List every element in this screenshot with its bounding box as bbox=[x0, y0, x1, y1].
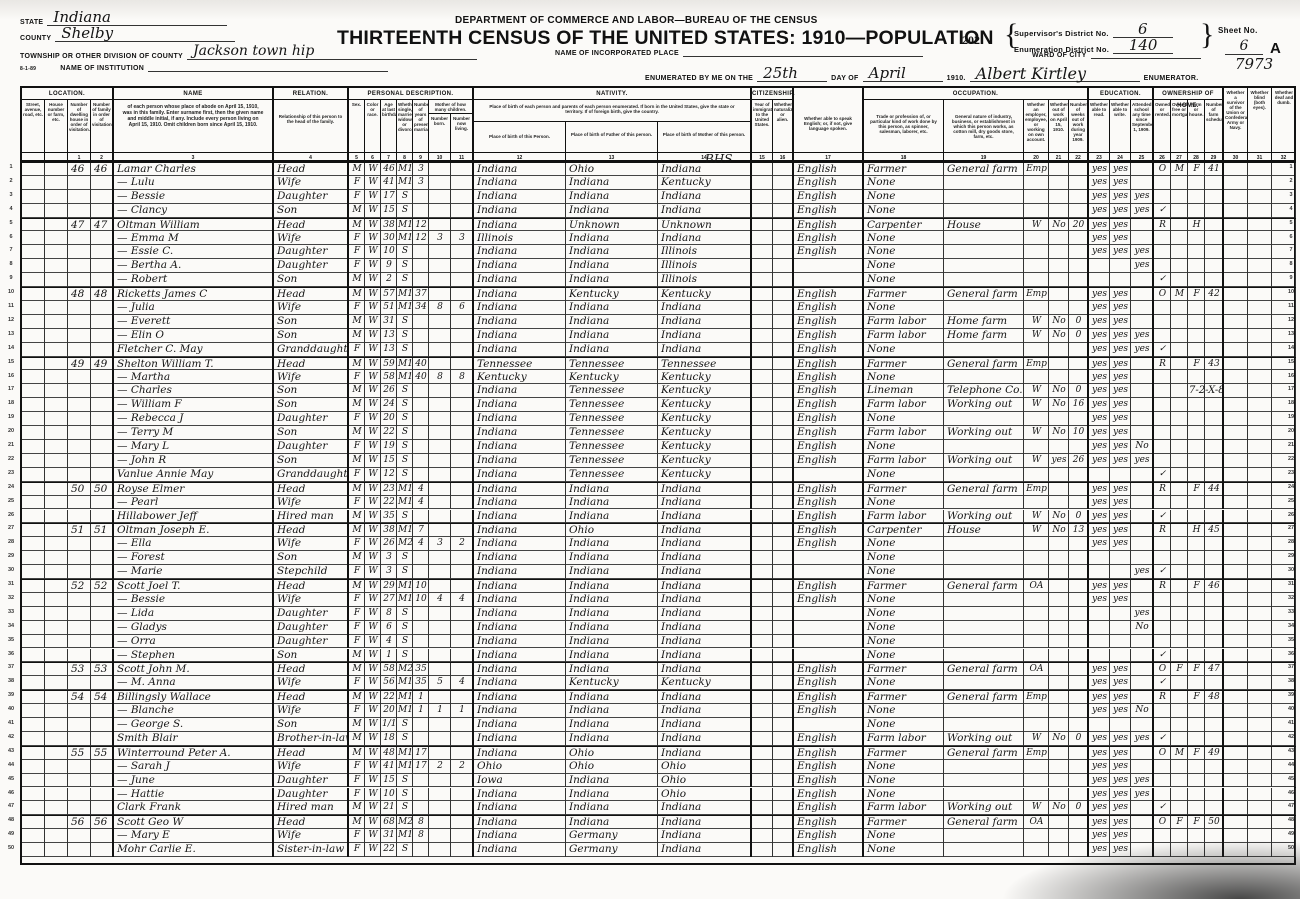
cell-race: W bbox=[365, 704, 381, 718]
cell-empty bbox=[1224, 691, 1248, 705]
cell-ym: 37 bbox=[413, 288, 429, 302]
cell-empty bbox=[752, 760, 773, 774]
cell-trade: Farm labor bbox=[864, 426, 944, 440]
cell-sch bbox=[1131, 580, 1154, 594]
brace-right: } bbox=[1200, 22, 1214, 48]
cell-fam bbox=[91, 454, 114, 468]
col-owned: Owned or rented. bbox=[1154, 100, 1171, 152]
cell-age: 6 bbox=[381, 621, 397, 635]
cell-ms: M1 bbox=[397, 676, 413, 690]
cell-rel: Daughter bbox=[274, 245, 349, 259]
cell-lang: English bbox=[794, 843, 864, 857]
cell-born: 3 bbox=[429, 537, 451, 551]
table-row: 5050Royse ElmerHeadMW23M14IndianaIndiana… bbox=[22, 482, 1294, 496]
cell-bm: Kentucky bbox=[658, 426, 752, 440]
cell-lang: English bbox=[794, 288, 864, 302]
cell-race: W bbox=[365, 829, 381, 843]
cell-own bbox=[1154, 607, 1171, 621]
cell-trade: None bbox=[864, 343, 944, 357]
cell-ym bbox=[413, 621, 429, 635]
cell-bf: Kentucky bbox=[566, 288, 658, 302]
cell-rd: yes bbox=[1089, 412, 1110, 426]
column-number: 6 bbox=[365, 152, 381, 162]
line-number: 3 bbox=[4, 192, 18, 198]
cell-ind bbox=[944, 412, 1024, 426]
cell-sex: F bbox=[349, 607, 365, 621]
cell-dw bbox=[68, 843, 91, 857]
cell-emp: OA bbox=[1024, 663, 1049, 677]
cell-rel: Head bbox=[274, 816, 349, 830]
cell-age: 13 bbox=[381, 343, 397, 357]
cell-born bbox=[429, 273, 451, 287]
cell-mort bbox=[1171, 801, 1188, 815]
cell-ms: S bbox=[397, 801, 413, 815]
cell-ym bbox=[413, 551, 429, 565]
cell-living bbox=[451, 163, 474, 177]
cell-bm: Indiana bbox=[658, 732, 752, 746]
cell-sex: F bbox=[349, 176, 365, 190]
group-education: EDUCATION. bbox=[1089, 88, 1154, 100]
cell-empty bbox=[1248, 635, 1272, 649]
cell-name: — Emma M bbox=[114, 232, 274, 246]
cell-age: 41 bbox=[381, 176, 397, 190]
cell-rel: Daughter bbox=[274, 788, 349, 802]
cell-bf: Indiana bbox=[566, 635, 658, 649]
cell-emp: W bbox=[1024, 315, 1049, 329]
cell-name: — Bessie bbox=[114, 190, 274, 204]
cell-ind: General farm bbox=[944, 358, 1024, 372]
cell-race: W bbox=[365, 843, 381, 857]
cell-rel: Head bbox=[274, 219, 349, 233]
cell-rd: yes bbox=[1089, 440, 1110, 454]
cell-empty bbox=[22, 483, 45, 497]
cell-born bbox=[429, 732, 451, 746]
cell-sch: yes bbox=[1131, 454, 1154, 468]
line-number: 23 bbox=[1284, 470, 1298, 476]
cell-bm: Indiana bbox=[658, 718, 752, 732]
cell-empty bbox=[773, 676, 794, 690]
cell-fam: 56 bbox=[91, 816, 114, 830]
cell-race: W bbox=[365, 440, 381, 454]
cell-empty bbox=[1224, 580, 1248, 594]
line-number: 34 bbox=[4, 623, 18, 629]
cell-empty bbox=[1224, 412, 1248, 426]
cell-sch: No bbox=[1131, 440, 1154, 454]
cell-rd: yes bbox=[1089, 496, 1110, 510]
cell-mort bbox=[1171, 649, 1188, 663]
line-number: 21 bbox=[1284, 442, 1298, 448]
cell-empty bbox=[1224, 440, 1248, 454]
cell-empty bbox=[1224, 288, 1248, 302]
cell-ym bbox=[413, 343, 429, 357]
cell-bm: Indiana bbox=[658, 829, 752, 843]
cell-bm: Indiana bbox=[658, 483, 752, 497]
cell-name: — M. Anna bbox=[114, 676, 274, 690]
cell-empty bbox=[752, 483, 773, 497]
line-number: 38 bbox=[1284, 678, 1298, 684]
cell-ow: No bbox=[1049, 315, 1069, 329]
cell-living bbox=[451, 329, 474, 343]
cell-fam bbox=[91, 551, 114, 565]
cell-ind: Home farm bbox=[944, 329, 1024, 343]
cell-empty bbox=[1248, 176, 1272, 190]
cell-bm: Kentucky bbox=[658, 412, 752, 426]
cell-name: — Marie bbox=[114, 565, 274, 579]
cell-empty bbox=[1224, 774, 1248, 788]
cell-emp bbox=[1024, 565, 1049, 579]
cell-rd bbox=[1089, 565, 1110, 579]
cell-empty bbox=[45, 760, 68, 774]
cell-ym: 35 bbox=[413, 663, 429, 677]
cell-ym bbox=[413, 774, 429, 788]
line-number: 37 bbox=[1284, 664, 1298, 670]
cell-trade: Farmer bbox=[864, 288, 944, 302]
cell-sched bbox=[1205, 801, 1224, 815]
line-number: 24 bbox=[4, 484, 18, 490]
cell-dw bbox=[68, 259, 91, 273]
cell-race: W bbox=[365, 537, 381, 551]
line-number: 1 bbox=[4, 164, 18, 170]
cell-wk bbox=[1069, 245, 1089, 259]
cell-sch bbox=[1131, 412, 1154, 426]
cell-name: Clark Frank bbox=[114, 801, 274, 815]
cell-empty bbox=[22, 621, 45, 635]
cell-sched: 49 bbox=[1205, 747, 1224, 761]
cell-bf: Indiana bbox=[566, 816, 658, 830]
cell-living: 1 bbox=[451, 704, 474, 718]
cell-living: 3 bbox=[451, 232, 474, 246]
cell-ms: S bbox=[397, 190, 413, 204]
cell-trade: None bbox=[864, 440, 944, 454]
cell-ind: House bbox=[944, 524, 1024, 538]
cell-ow bbox=[1049, 163, 1069, 177]
cell-own: O bbox=[1154, 163, 1171, 177]
cell-fam bbox=[91, 273, 114, 287]
line-number: 12 bbox=[4, 317, 18, 323]
cell-emp: W bbox=[1024, 384, 1049, 398]
cell-trade: None bbox=[864, 551, 944, 565]
cell-empty bbox=[22, 219, 45, 233]
cell-rel: Wife bbox=[274, 704, 349, 718]
column-number: 10 bbox=[429, 152, 451, 162]
cell-born bbox=[429, 288, 451, 302]
cell-empty bbox=[1224, 537, 1248, 551]
cell-mort bbox=[1171, 732, 1188, 746]
cell-ms: S bbox=[397, 273, 413, 287]
cell-sch: yes bbox=[1131, 565, 1154, 579]
cell-ms: S bbox=[397, 398, 413, 412]
cell-empty bbox=[45, 219, 68, 233]
cell-empty bbox=[1224, 663, 1248, 677]
group-occupation: OCCUPATION. bbox=[864, 88, 1089, 100]
cell-empty bbox=[1248, 691, 1272, 705]
cell-living bbox=[451, 440, 474, 454]
cell-bm: Kentucky bbox=[658, 440, 752, 454]
cell-dw bbox=[68, 496, 91, 510]
line-number: 29 bbox=[4, 553, 18, 559]
cell-empty bbox=[1224, 607, 1248, 621]
cell-empty bbox=[752, 580, 773, 594]
cell-born bbox=[429, 801, 451, 815]
cell-name: Smith Blair bbox=[114, 732, 274, 746]
cell-born bbox=[429, 496, 451, 510]
cell-empty bbox=[1248, 219, 1272, 233]
cell-empty bbox=[752, 301, 773, 315]
column-number: 18 bbox=[864, 152, 944, 162]
cell-rel: Son bbox=[274, 454, 349, 468]
cell-own: ✓ bbox=[1154, 649, 1171, 663]
cell-empty bbox=[752, 343, 773, 357]
cell-empty bbox=[1248, 315, 1272, 329]
cell-bf: Indiana bbox=[566, 704, 658, 718]
cell-empty bbox=[1248, 663, 1272, 677]
cell-wk: 0 bbox=[1069, 384, 1089, 398]
cell-empty bbox=[22, 163, 45, 177]
cell-rel: Son bbox=[274, 329, 349, 343]
group-nativity: NATIVITY. bbox=[474, 88, 752, 100]
cell-born bbox=[429, 454, 451, 468]
cell-emp bbox=[1024, 496, 1049, 510]
cell-emp bbox=[1024, 635, 1049, 649]
cell-empty bbox=[1248, 510, 1272, 524]
cell-age: 1 bbox=[381, 649, 397, 663]
cell-empty bbox=[22, 635, 45, 649]
cell-born bbox=[429, 412, 451, 426]
cell-sched bbox=[1205, 329, 1224, 343]
cell-ow bbox=[1049, 273, 1069, 287]
cell-sex: M bbox=[349, 816, 365, 830]
cell-living bbox=[451, 468, 474, 482]
cell-lang: English bbox=[794, 829, 864, 843]
cell-fh bbox=[1188, 801, 1205, 815]
column-number: 8 bbox=[397, 152, 413, 162]
cell-empty bbox=[45, 483, 68, 497]
table-row: Smith BlairBrother-in-lawMW18SIndianaInd… bbox=[22, 732, 1294, 746]
cell-sch bbox=[1131, 301, 1154, 315]
cell-bm: Indiana bbox=[658, 691, 752, 705]
line-number: 44 bbox=[4, 762, 18, 768]
cell-rd: yes bbox=[1089, 801, 1110, 815]
column-number: 22 bbox=[1069, 152, 1089, 162]
cell-sch: No bbox=[1131, 621, 1154, 635]
cell-fh bbox=[1188, 232, 1205, 246]
cell-age: 3 bbox=[381, 551, 397, 565]
cell-age: 27 bbox=[381, 593, 397, 607]
cell-sched bbox=[1205, 510, 1224, 524]
table-row: — BessieDaughterFW17SIndianaIndianaIndia… bbox=[22, 190, 1294, 204]
cell-empty bbox=[1248, 358, 1272, 372]
cell-race: W bbox=[365, 496, 381, 510]
cell-ms: M1 bbox=[397, 580, 413, 594]
cell-name: — William F bbox=[114, 398, 274, 412]
line-number: 30 bbox=[1284, 567, 1298, 573]
col-children-born: Number born. bbox=[429, 114, 451, 152]
cell-wr: yes bbox=[1110, 398, 1131, 412]
cell-ind: General farm bbox=[944, 163, 1024, 177]
cell-rd: yes bbox=[1089, 384, 1110, 398]
cell-name: Hillabower Jeff bbox=[114, 510, 274, 524]
cell-dw bbox=[68, 426, 91, 440]
cell-name: Vanlue Annie May bbox=[114, 468, 274, 482]
cell-ms: S bbox=[397, 565, 413, 579]
cell-dw bbox=[68, 774, 91, 788]
cell-bp: Indiana bbox=[474, 704, 566, 718]
cell-dw bbox=[68, 468, 91, 482]
line-number: 33 bbox=[1284, 609, 1298, 615]
cell-empty bbox=[1224, 747, 1248, 761]
cell-rel: Daughter bbox=[274, 412, 349, 426]
cell-empty bbox=[773, 288, 794, 302]
cell-bf: Indiana bbox=[566, 190, 658, 204]
column-number bbox=[45, 152, 68, 162]
cell-empty bbox=[1248, 232, 1272, 246]
cell-bp: Indiana bbox=[474, 398, 566, 412]
line-number: 7 bbox=[4, 247, 18, 253]
cell-sex: M bbox=[349, 732, 365, 746]
cell-own: O bbox=[1154, 747, 1171, 761]
cell-ow bbox=[1049, 607, 1069, 621]
cell-fh bbox=[1188, 426, 1205, 440]
cell-fh: F bbox=[1188, 816, 1205, 830]
line-number: 2 bbox=[1284, 178, 1298, 184]
cell-sex: M bbox=[349, 551, 365, 565]
cell-living bbox=[451, 273, 474, 287]
cell-living bbox=[451, 718, 474, 732]
cell-sex: F bbox=[349, 232, 365, 246]
cell-bm: Indiana bbox=[658, 747, 752, 761]
cell-dw: 55 bbox=[68, 747, 91, 761]
cell-bm: Ohio bbox=[658, 774, 752, 788]
cell-emp bbox=[1024, 607, 1049, 621]
line-number: 17 bbox=[4, 386, 18, 392]
cell-empty bbox=[1224, 816, 1248, 830]
cell-lang: English bbox=[794, 190, 864, 204]
cell-fam bbox=[91, 496, 114, 510]
cell-wr: yes bbox=[1110, 774, 1131, 788]
cell-name: — Mary L bbox=[114, 440, 274, 454]
county-label: County bbox=[20, 35, 51, 42]
cell-rel: Brother-in-law bbox=[274, 732, 349, 746]
cell-rel: Wife bbox=[274, 176, 349, 190]
cell-ms: S bbox=[397, 649, 413, 663]
cell-race: W bbox=[365, 245, 381, 259]
cell-fam: 49 bbox=[91, 358, 114, 372]
enumerated-label: Enumerated by me on the bbox=[645, 75, 753, 82]
cell-emp bbox=[1024, 343, 1049, 357]
cell-sex: F bbox=[349, 843, 365, 857]
cell-empty bbox=[22, 747, 45, 761]
cell-wk bbox=[1069, 676, 1089, 690]
col-birth-mother: Place of birth of Mother of this person. bbox=[658, 122, 752, 152]
line-number: 47 bbox=[1284, 803, 1298, 809]
cell-own: R bbox=[1154, 691, 1171, 705]
col-read: Whether able to read. bbox=[1089, 100, 1110, 152]
cell-name: — Ella bbox=[114, 537, 274, 551]
cell-empty bbox=[1224, 384, 1248, 398]
cell-lang bbox=[794, 259, 864, 273]
cell-sched bbox=[1205, 732, 1224, 746]
cell-empty bbox=[22, 343, 45, 357]
cell-rel: Son bbox=[274, 718, 349, 732]
column-number: 2 bbox=[91, 152, 114, 162]
cell-ind bbox=[944, 468, 1024, 482]
cell-empty bbox=[45, 788, 68, 802]
cell-trade: None bbox=[864, 760, 944, 774]
cell-sch: yes bbox=[1131, 774, 1154, 788]
cell-empty bbox=[773, 343, 794, 357]
cell-empty bbox=[22, 829, 45, 843]
cell-empty bbox=[1248, 245, 1272, 259]
cell-sex: M bbox=[349, 649, 365, 663]
cell-age: 31 bbox=[381, 315, 397, 329]
cell-sched bbox=[1205, 468, 1224, 482]
cell-empty bbox=[1224, 204, 1248, 218]
cell-empty bbox=[752, 551, 773, 565]
cell-dw bbox=[68, 232, 91, 246]
cell-wk: 16 bbox=[1069, 398, 1089, 412]
cell-rel: Granddaughter bbox=[274, 343, 349, 357]
cell-sex: F bbox=[349, 537, 365, 551]
cell-empty bbox=[45, 204, 68, 218]
cell-age: 46 bbox=[381, 163, 397, 177]
cell-race: W bbox=[365, 384, 381, 398]
line-number: 48 bbox=[4, 817, 18, 823]
cell-bf: Indiana bbox=[566, 510, 658, 524]
cell-own: ✓ bbox=[1154, 204, 1171, 218]
cell-dw bbox=[68, 454, 91, 468]
cell-bp: Illinois bbox=[474, 232, 566, 246]
table-row: — OrraDaughterFW4SIndianaIndianaIndianaN… bbox=[22, 635, 1294, 649]
cell-bp: Indiana bbox=[474, 245, 566, 259]
cell-own bbox=[1154, 176, 1171, 190]
cell-born: 8 bbox=[429, 371, 451, 385]
cell-own bbox=[1154, 398, 1171, 412]
group-relation: RELATION. bbox=[274, 88, 349, 100]
sheet-label: Sheet No. bbox=[1218, 26, 1258, 35]
cell-emp bbox=[1024, 371, 1049, 385]
cell-trade: None bbox=[864, 774, 944, 788]
cell-empty bbox=[773, 468, 794, 482]
cell-rd: yes bbox=[1089, 760, 1110, 774]
cell-empty bbox=[22, 537, 45, 551]
cell-sched bbox=[1205, 219, 1224, 233]
col-name: of each person whose place of abode on A… bbox=[114, 100, 274, 152]
cell-age: 59 bbox=[381, 358, 397, 372]
line-number: 49 bbox=[4, 831, 18, 837]
cell-age: 22 bbox=[381, 843, 397, 857]
cell-wk bbox=[1069, 301, 1089, 315]
cell-empty bbox=[773, 315, 794, 329]
line-number: 32 bbox=[4, 595, 18, 601]
cell-rel: Daughter bbox=[274, 635, 349, 649]
cell-dw bbox=[68, 371, 91, 385]
cell-born: 1 bbox=[429, 704, 451, 718]
cell-sched bbox=[1205, 315, 1224, 329]
table-row: — EllaWifeFW26M2432IndianaIndianaIndiana… bbox=[22, 537, 1294, 551]
cell-lang: English bbox=[794, 219, 864, 233]
county-field: County Shelby bbox=[20, 26, 235, 42]
cell-bp: Indiana bbox=[474, 691, 566, 705]
cell-rd: yes bbox=[1089, 219, 1110, 233]
cell-emp bbox=[1024, 537, 1049, 551]
cell-rel: Wife bbox=[274, 496, 349, 510]
line-number: 15 bbox=[1284, 359, 1298, 365]
cell-emp bbox=[1024, 468, 1049, 482]
cell-dw: 49 bbox=[68, 358, 91, 372]
cell-trade: Farm labor bbox=[864, 315, 944, 329]
cell-ow bbox=[1049, 816, 1069, 830]
cell-empty bbox=[1248, 788, 1272, 802]
